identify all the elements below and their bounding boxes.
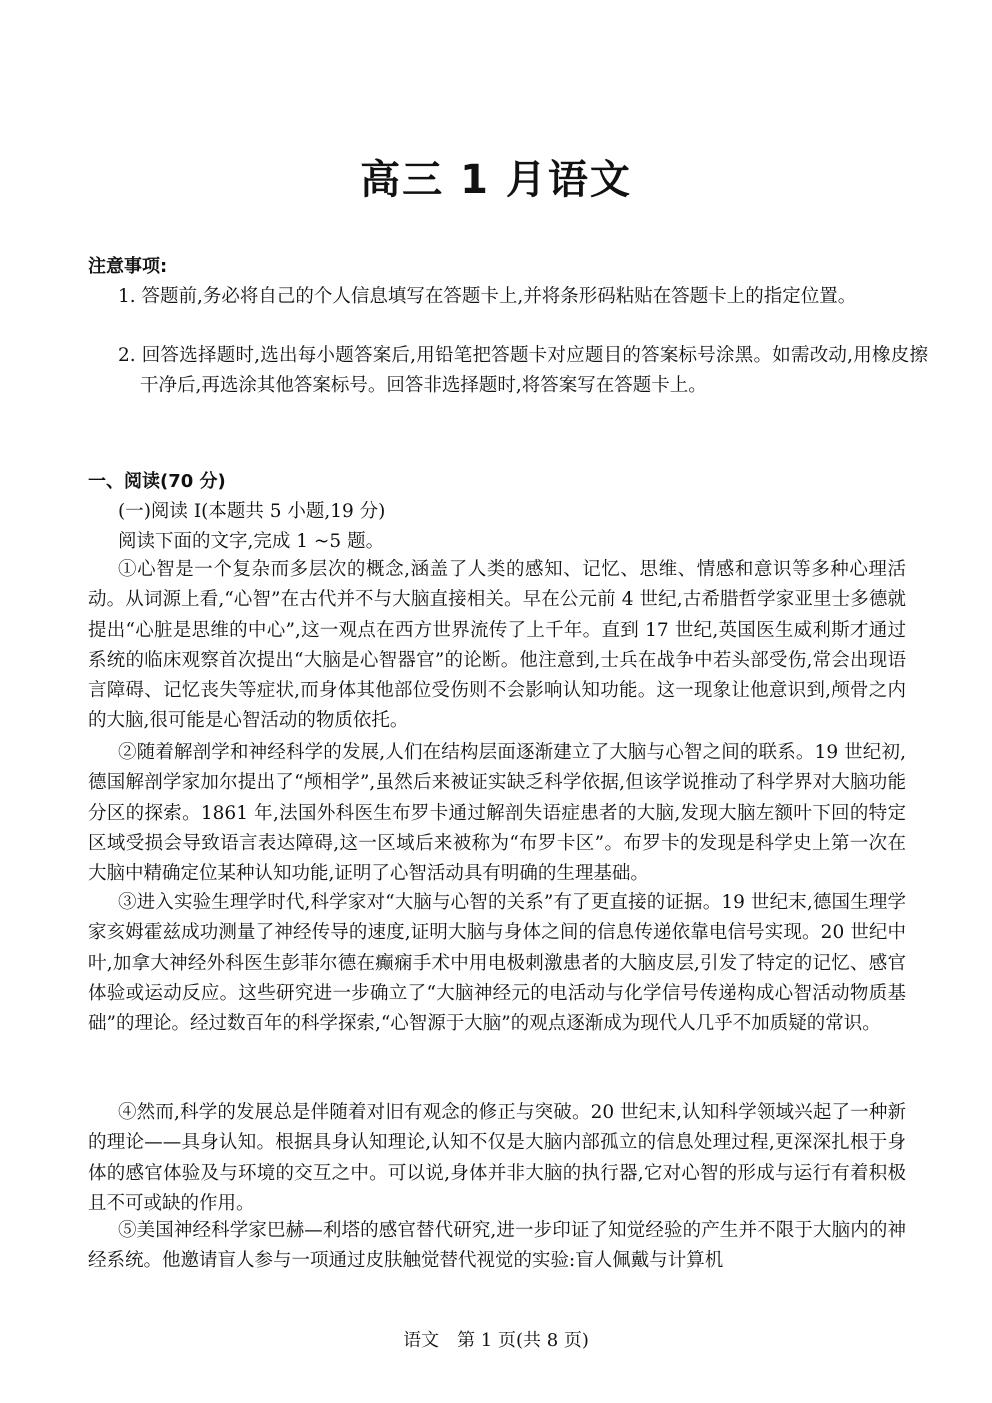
section-instruction: 阅读下面的文字,完成 1 ~5 题。: [118, 527, 906, 557]
paragraph-2: ②随着解剖学和神经科学的发展,人们在结构层面逐渐建立了大脑与心智之间的联系。19…: [88, 738, 906, 889]
section-heading: 一、阅读(70 分): [88, 467, 906, 497]
page-footer: 语文 第 1 页(共 8 页): [0, 1326, 992, 1352]
paragraph-5: ⑤美国神经科学家巴赫—利塔的感官替代研究,进一步印证了知觉经验的产生并不限于大脑…: [88, 1216, 906, 1277]
notice-item-2: 2. 回答选择题时,选出每小题答案后,用铅笔把答题卡对应题目的答案标号涂黑。如需…: [118, 341, 928, 401]
notice-item-1: 1. 答题前,务必将自己的个人信息填写在答题卡上,并将条形码粘贴在答题卡上的指定…: [118, 282, 928, 312]
exam-page: 高三 1 月语文 注意事项: 1. 答题前,务必将自己的个人信息填写在答题卡上,…: [0, 0, 992, 1403]
paragraph-1: ①心智是一个复杂而多层次的概念,涵盖了人类的感知、记忆、思维、情感和意识等多种心…: [88, 555, 906, 737]
paragraph-3: ③进入实验生理学时代,科学家对“大脑与心智的关系”有了更直接的证据。19 世纪末…: [88, 888, 906, 1039]
paragraph-4: ④然而,科学的发展总是伴随着对旧有观念的修正与突破。20 世纪末,认知科学领域兴…: [88, 1098, 906, 1219]
section-subheading: (一)阅读 I(本题共 5 小题,19 分): [118, 497, 906, 527]
page-title: 高三 1 月语文: [0, 148, 992, 205]
notice-heading: 注意事项:: [88, 252, 906, 282]
